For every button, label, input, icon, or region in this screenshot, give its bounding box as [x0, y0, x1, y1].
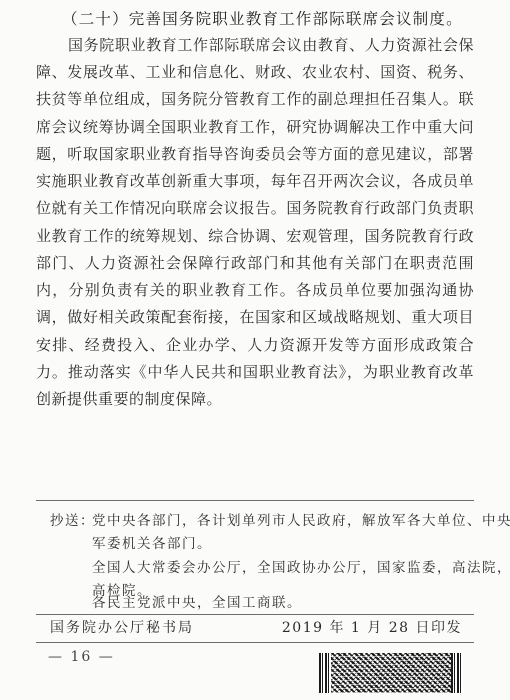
- copy-to-label: 抄送：: [50, 509, 95, 529]
- body-line: 安排、经费投入、企业办学、人力资源开发等方面形成政策合: [36, 334, 474, 355]
- body-line: 内，分别负责有关的职业教育工作。各成员单位要加强沟通协: [36, 279, 474, 300]
- body-line: 国务院职业教育工作部际联席会议由教育、人力资源社会保: [68, 34, 474, 55]
- body-line: 创新提供重要的制度保障。: [36, 388, 222, 409]
- body-line: 力。推动落实《中华人民共和国职业教育法》，为职业教育改革: [36, 361, 474, 382]
- body-line: 调，做好相关政策配套衔接，在国家和区域战略规划、重大项目: [36, 306, 474, 327]
- copy-to-line: 全国人大常委会办公厅，全国政协办公厅，国家监委，高法院，: [92, 556, 510, 576]
- barcode-icon: [319, 653, 463, 693]
- issue-date: 2019 年 1 月 28 日印发: [282, 617, 462, 637]
- body-line: 位就有关工作情况向联席会议报告。国务院教育行政部门负责职: [36, 197, 474, 218]
- body-line: 部门、人力资源社会保障行政部门和其他有关部门在职责范围: [36, 252, 474, 273]
- body-line: 实施职业教育改革创新重大事项，每年召开两次会议，各成员单: [36, 170, 474, 191]
- divider-top: [36, 500, 474, 501]
- issuer: 国务院办公厅秘书局: [50, 617, 194, 637]
- body-line: 席会议统筹协调全国职业教育工作，研究协调解决工作中重大问: [36, 116, 474, 137]
- section-title: （二十）完善国务院职业教育工作部际联席会议制度。: [62, 7, 463, 29]
- copy-to-line: 军委机关各部门。: [92, 532, 212, 552]
- body-line: 业教育工作的统筹规划、综合协调、宏观管理，国务院教育行政: [36, 225, 474, 246]
- divider-bottom: [36, 642, 474, 643]
- copy-to-line: 各民主党派中央，全国工商联。: [92, 591, 302, 611]
- divider-middle: [36, 614, 474, 615]
- body-line: 障、发展改革、工业和信息化、财政、农业农村、国资、税务、: [36, 61, 474, 82]
- copy-to-line: 党中央各部门，各计划单列市人民政府，解放军各大单位、中央: [92, 509, 510, 529]
- body-line: 题，听取国家职业教育指导咨询委员会等方面的意见建议，部署: [36, 143, 474, 164]
- document-page: （二十）完善国务院职业教育工作部际联席会议制度。 国务院职业教育工作部际联席会议…: [0, 0, 510, 700]
- page-number: — 16 —: [48, 649, 115, 665]
- body-line: 扶贫等单位组成，国务院分管教育工作的副总理担任召集人。联: [36, 88, 474, 109]
